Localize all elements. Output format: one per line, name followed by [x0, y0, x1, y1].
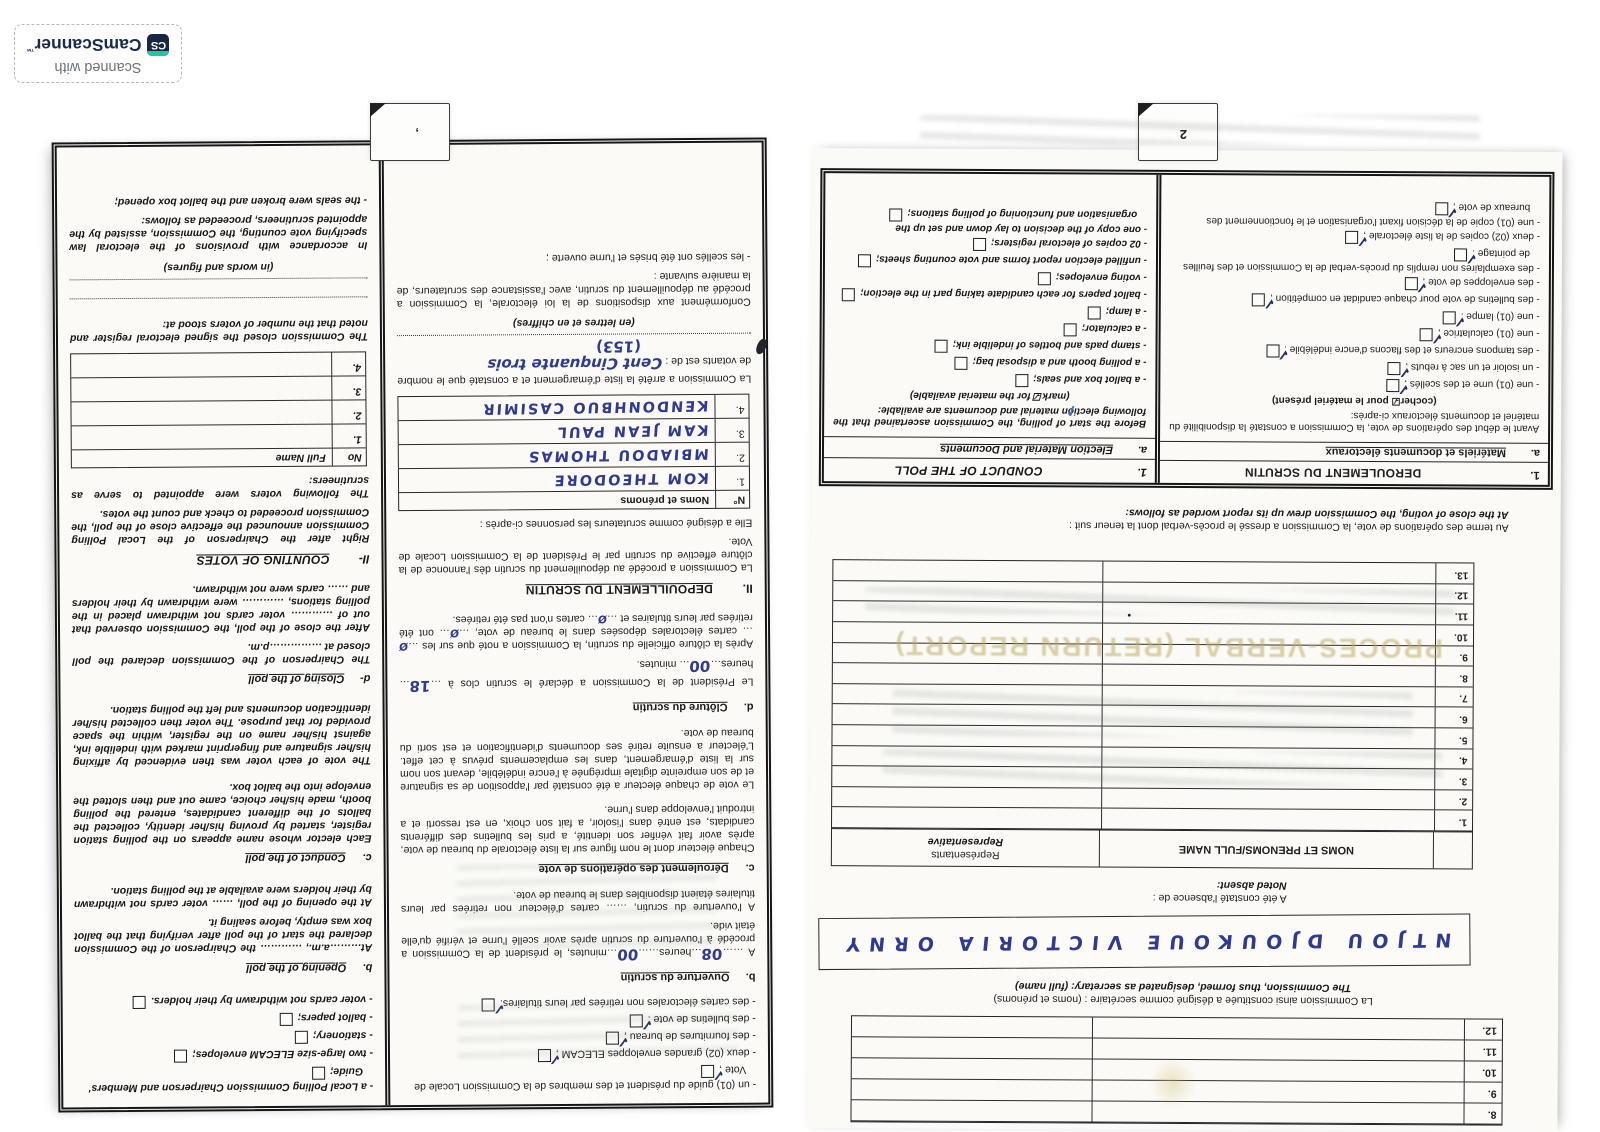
row-number: 4. — [714, 395, 748, 418]
section-header-fr: 1. DEROULEMENT DU SCRUTIN — [1160, 460, 1548, 485]
empty-cell — [852, 1037, 1092, 1058]
mark-instruction-fr: (cocher☑ pour le matériel présent) — [1169, 393, 1539, 407]
scrutineer-name-cell: KOM THEODORE — [399, 467, 715, 492]
material-items-fr: - une (01) urne et des scellés ;✓ - un i… — [1169, 199, 1540, 393]
row-number: 8. — [1435, 667, 1473, 687]
camscanner-badge: Scanned with CS CamScanner™ — [14, 24, 182, 83]
row-number: 2. — [1434, 790, 1472, 810]
empty-name-cell — [71, 352, 331, 377]
checkbox-icon — [174, 1050, 187, 1063]
empty-cell — [851, 1100, 1091, 1121]
checklist-item: - un isoloir et un sac à rebuts ;✓ — [1169, 359, 1539, 376]
subsection-d-en: d- Closing of the poll — [72, 671, 370, 687]
item-label: - voter cards not withdrawn by their hol… — [151, 993, 373, 1007]
scrutineers-header: No Full Name — [72, 447, 366, 467]
section-ii-fr: II. DEPOUILLEMENT DU SCRUTIN — [399, 581, 753, 598]
subsection-title: Matériels et documents électoraux — [1160, 445, 1506, 459]
trademark-symbol: ™ — [27, 44, 35, 53]
rotated-scan-canvas: 8. 9. 10. 11. — [0, 0, 1600, 1131]
item-label: - a Local Polling Commission Chairperson… — [89, 1065, 373, 1094]
section-title: CONDUCT OF THE POLL — [824, 462, 1113, 478]
counting-paragraph1-en: Right after the Chairperson of the Local… — [71, 505, 369, 546]
item-label: - ballot papers; — [297, 1011, 372, 1024]
empty-rep-cell — [832, 808, 1101, 829]
checklist-item: - des enveloppes de vote ;✓ — [1170, 274, 1540, 291]
scrutineer-name-cell: KENDONHBUO CASIMIR — [398, 395, 714, 420]
checkbox-icon: ✓ — [1345, 231, 1358, 244]
secretary-designation: La Commission ainsi constituée a désigné… — [808, 978, 1558, 1008]
table-row: 1. — [832, 808, 1472, 832]
row-number: 10. — [1464, 1061, 1502, 1081]
checklist-item: - ballot papers; — [75, 1010, 373, 1027]
checklist-item: - 02 copies of electoral registers; — [834, 236, 1147, 253]
checkbox-icon: ✓ — [1266, 344, 1279, 357]
empty-cell — [1092, 1060, 1464, 1082]
table-row: 1. KOM THEODORE — [399, 467, 749, 492]
checklist-item: - ballot papers for each candidate takin… — [834, 287, 1147, 304]
checkbox-icon — [858, 255, 871, 268]
row-number: 6. — [1435, 708, 1473, 728]
conduct-paragraph2-en: The vote of each voter was then evidence… — [73, 702, 371, 769]
table-row: 1. — [72, 424, 366, 449]
row-number: 1. — [1434, 811, 1472, 831]
page-fold-icon — [370, 103, 386, 117]
subsection-title: Closing of the poll — [248, 671, 344, 685]
checklist-item: - a lamp; — [834, 304, 1147, 321]
empty-name-cell — [1102, 665, 1435, 686]
item-label: - des bulletins de vote pour chaque cand… — [1270, 292, 1540, 304]
text-segment: A …… — [723, 946, 756, 958]
empty-name-cell — [71, 376, 331, 401]
checklist-item: - unfilled election report forms and vot… — [834, 253, 1147, 270]
scrutineers-table-fr: N° Noms et prénoms 1. KOM THEODORE 2. MB… — [397, 394, 750, 511]
name-column-header: Noms et prénoms — [399, 491, 715, 510]
checkmark-icon: ✓ — [1357, 233, 1359, 250]
section-title: COUNTING OF VOTES — [196, 551, 329, 567]
intro-fr: Avant le début des opérations de vote, l… — [1169, 408, 1539, 434]
empty-rep-cell — [833, 560, 1102, 581]
english-column: 1. CONDUCT OF THE POLL a. Election Mater… — [824, 173, 1157, 483]
row-number: 12. — [1464, 1019, 1502, 1039]
subsection-title: Clôture du scrutin — [633, 699, 728, 713]
brand-text: CamScanner — [35, 36, 142, 56]
checkmark-icon: ✓ — [1416, 279, 1418, 296]
empty-cell — [1091, 1102, 1463, 1124]
checkmark-icon: ✓ — [1277, 347, 1279, 364]
section-title: DEPOUILLEMENT DU SCRUTIN — [526, 581, 713, 597]
handwritten-name: KOM THEODORE — [552, 467, 709, 487]
handwritten-hour: 18 — [409, 677, 431, 696]
conform-paragraph-fr: Conformément aux dispositions de la loi … — [397, 269, 751, 311]
section-header-en: 1. CONDUCT OF THE POLL — [824, 457, 1155, 483]
closing-paragraph2-fr: Après la clôture officielle du scrutin, … — [399, 611, 753, 653]
tally-caption-fr: (en lettres et en chiffres) — [397, 315, 751, 330]
handwritten-name: KENDONHBUO CASIMIR — [481, 395, 709, 417]
opening-paragraph2-en: At the opening of the poll, …… voter car… — [74, 882, 372, 910]
closing-paragraph1-fr: Le Président de la Commission a déclaré … — [399, 656, 753, 696]
row-number: 5. — [1434, 728, 1472, 748]
empty-rep-cell — [832, 787, 1101, 808]
item-label: - voting envelopes; — [1056, 272, 1147, 283]
row-number: 4. — [331, 352, 365, 375]
scrutineers-header: N° Noms et prénoms — [399, 490, 749, 510]
checklist-item: - stamp pads and bottles of indelible in… — [833, 338, 1146, 355]
conduct-paragraph1-en: Each elector whose name appears on the p… — [73, 779, 371, 846]
subsection-letter: b. — [729, 969, 755, 983]
row-number: 7. — [1435, 687, 1473, 707]
checkmark-icon: ✓ — [1431, 330, 1433, 347]
checkmark-icon: ✓ — [1263, 296, 1265, 313]
checklist-item: - a ballot box and seals; — [833, 372, 1146, 389]
checklist-item: - voting envelopes; — [834, 270, 1147, 287]
ink-stamp-bleed — [1150, 1058, 1196, 1108]
scanned-with-label: Scanned with — [54, 59, 141, 75]
number-column-header: No — [332, 448, 366, 465]
item-label: - des exemplaires non remplis du procès-… — [1183, 247, 1540, 273]
checkbox-icon: ✓ — [1443, 311, 1456, 324]
checkmark-icon: ✓ — [1446, 205, 1448, 222]
row-number: 2. — [715, 443, 749, 466]
scanned-page-procès-verbal: 8. 9. 10. 11. — [807, 148, 1562, 1131]
checkbox-icon: ✓ — [1386, 379, 1399, 392]
item-label: - un isoloir et un sac à rebuts ; — [1405, 361, 1539, 373]
checklist-item: - une (01) urne et des scellés ;✓ — [1169, 376, 1539, 393]
item-label: - unfilled election report forms and vot… — [876, 254, 1147, 266]
checklist-item: - une (01) lampe :✓ — [1170, 308, 1540, 325]
checkmark-icon: ✓ — [1465, 251, 1467, 268]
checklist-item: - une (01) calculatrice ;✓ — [1170, 325, 1540, 342]
bleed-through-smudge — [882, 749, 1442, 786]
checklist-item: - des exemplaires non remplis du procès-… — [1170, 245, 1540, 274]
empty-cell — [852, 1058, 1092, 1079]
row-number: 11. — [1464, 1040, 1502, 1060]
table-row: 3. — [71, 376, 365, 402]
subsection-title: Opening of the poll — [246, 960, 346, 974]
item-label: - one copy of the decision to lay down a… — [895, 208, 1147, 235]
text-segment: Après la clôture officielle du scrutin, … — [408, 638, 753, 652]
subsection-title: Election Material and Documents — [824, 441, 1113, 456]
closing-paragraph1-en: The Chairperson of the Commission declar… — [72, 639, 370, 667]
french-column: - un (01) guide du président et des memb… — [379, 143, 769, 1106]
scanned-page-poll-narrative: - un (01) guide du président et des memb… — [52, 138, 774, 1113]
handwritten-name: KAM JEAN PAUL — [555, 419, 709, 439]
section-number: II- — [329, 551, 369, 566]
material-items-en: - a ballot box and seals; - a polling bo… — [833, 207, 1147, 389]
checkbox-icon: ✓ — [1252, 293, 1265, 306]
subsection-letter: b. — [346, 960, 372, 974]
camscanner-brand-row: CS CamScanner™ — [27, 34, 170, 56]
empty-rep-cell — [833, 663, 1102, 684]
dotted-blank-line — [70, 277, 368, 293]
checkbox-icon — [1015, 375, 1028, 388]
subsection-d-fr: d. Clôture du scrutin — [400, 699, 754, 715]
opening-material-list-en: - a Local Polling Commission Chairperson… — [75, 989, 374, 1097]
checkmark-icon: ✓ — [1397, 381, 1399, 398]
rep-header-fr: Représentants — [931, 848, 999, 860]
item-label: - deux (02) copies de la liste électoral… — [1363, 230, 1540, 242]
scrutineers-table-en: No Full Name 1. 2. — [70, 351, 367, 468]
checkmark-icon: ✓ — [1454, 314, 1456, 331]
members-table: NOMS ET PRENOMS/FULL NAME Représentants … — [831, 559, 1475, 869]
item-label: - a lamp; — [1106, 306, 1147, 317]
subsection-b-en: b. Opening of the poll — [74, 960, 372, 976]
checkbox-icon — [973, 238, 986, 251]
dotted-blank-line: (153) — [397, 333, 751, 349]
row-number: 1. — [715, 467, 749, 490]
handwritten-minute: 00 — [689, 656, 711, 675]
bleed-through-smudge — [892, 689, 1412, 738]
checklist-item: - des tampons encreurs et des flacons d'… — [1169, 342, 1539, 359]
item-label: - une (01) lampe : — [1461, 310, 1540, 321]
checkbox-icon — [295, 1031, 308, 1044]
rep-header-en: Representative — [928, 835, 1003, 848]
checkbox-icon — [935, 340, 948, 353]
item-label: - a calculator; — [1082, 323, 1147, 334]
row-number: 8. — [1463, 1103, 1501, 1123]
checklist-item: - une (01) copie de la décision fixant l… — [1170, 199, 1540, 228]
conform-paragraph-en: In accordance with provisions of the ele… — [69, 212, 367, 253]
camscanner-brand: CamScanner™ — [27, 35, 142, 56]
subsection-title: Ouverture du scrutin — [621, 969, 730, 983]
table-row: 4. — [71, 352, 365, 378]
checkbox-icon: ✓ — [701, 1065, 714, 1078]
tally-paragraph-en: The Commission closed the signed elector… — [70, 316, 368, 344]
counting-paragraph1-fr: La Commission a procédé au dépouillement… — [398, 535, 752, 577]
row-number: 3. — [715, 419, 749, 442]
conduct-of-poll-table: 1. DEROULEMENT DU SCRUTIN a. Matériels e… — [819, 168, 1555, 490]
counting-paragraph2-fr: Elle a désigné comme scrutateurs les per… — [398, 516, 752, 531]
page-corner-marker-b: ‚ — [370, 103, 450, 161]
item-label: - une (01) copie de la décision fixant l… — [1206, 201, 1540, 227]
checklist-item: - des bulletins de vote pour chaque cand… — [1170, 291, 1540, 308]
checklist-item: - two large-size ELECAM envelopes; — [75, 1046, 373, 1063]
checklist-item: - a calculator; — [834, 321, 1147, 338]
checklist-item: - a polling booth and a disposal bag; — [833, 355, 1146, 372]
empty-name-cell — [1101, 788, 1434, 809]
absence-note: A été constaté l'absence de : Noted abse… — [1153, 878, 1287, 905]
checkbox-icon — [279, 1013, 292, 1026]
scrutineer-name-cell: KAM JEAN PAUL — [399, 419, 715, 444]
checkbox-icon — [1088, 307, 1101, 320]
checklist-item: - voter cards not withdrawn by their hol… — [75, 992, 373, 1009]
row-number: 2. — [331, 400, 365, 423]
camscanner-logo-icon: CS — [148, 34, 170, 56]
handwritten-count: Ø — [399, 639, 409, 652]
page-number-glyph: ‚ — [415, 127, 419, 142]
subsection-title: Conduct of the poll — [245, 850, 345, 864]
item-label: - 02 copies of electoral registers; — [991, 237, 1147, 249]
full-name-header: NOMS ET PRENOMS/FULL NAME — [1099, 831, 1433, 869]
scrutineer-rows: 1. 2. 3. — [71, 352, 366, 449]
checkbox-icon: ✓ — [1387, 362, 1400, 375]
conduct-paragraph1-fr: Chaque électeur dont le nom figure sur l… — [400, 802, 754, 857]
conduct-paragraph2-fr: Le vote de chaque électeur a été constat… — [400, 725, 754, 793]
opening-paragraph-en: At………a.m., ………… the Chairperson of the C… — [74, 915, 372, 956]
checklist-item: - un (01) guide du président et des memb… — [402, 1063, 756, 1094]
material-checklist-fr: Avant le début des opérations de vote, l… — [1160, 175, 1549, 443]
checkbox-icon — [312, 1067, 325, 1080]
intro-en: Before the start of polling, the Commiss… — [833, 404, 1146, 430]
absence-line-en: Noted absent: — [1153, 878, 1287, 892]
item-label: - a ballot box and seals; — [1033, 374, 1146, 386]
text-segment: … minutes. — [637, 658, 690, 670]
dotted-blank-line — [70, 296, 368, 312]
conform-item-en: - the seals were broken and the ballot b… — [69, 193, 367, 208]
subsection-letter: d. — [728, 699, 754, 713]
ghost-title-bleed: PROCES-VERBAL (RETURN REPORT) — [893, 629, 1443, 663]
closing-paragraph2-en: After the close of the poll, the Commiss… — [72, 581, 370, 635]
name-column-header: Full Name — [72, 448, 332, 467]
handwritten-name: MBIADOU THOMAS — [526, 443, 709, 464]
text-segment: … cartes électorales déposées dans le bu… — [459, 625, 753, 639]
table-row: 2. MBIADOU THOMAS — [399, 443, 749, 469]
number-column-header — [1433, 832, 1472, 868]
empty-name-cell — [1101, 809, 1434, 830]
handwritten-count: Ø — [598, 612, 608, 625]
checkbox-icon: ✓ — [1405, 277, 1418, 290]
empty-name-cell — [1102, 562, 1435, 583]
mark-instruction-en: (mark☑ for the material available) — [833, 389, 1146, 403]
bleed-through-smudge — [920, 115, 1480, 145]
scrutineer-rows: 1. KOM THEODORE 2. MBIADOU THOMAS 3. KAM… — [398, 395, 749, 492]
empty-name-cell — [72, 424, 332, 449]
section-number: II. — [713, 581, 753, 596]
checkbox-icon — [842, 289, 855, 302]
secretary-name-box: NTJOU DJOUKOUE VICTORIA ORNY — [818, 914, 1470, 971]
table-row: 2. — [71, 400, 365, 426]
tally-paragraph-fr: La Commission a arrêté la liste d'émarge… — [397, 353, 751, 387]
checkbox-icon: ✓ — [1420, 328, 1433, 341]
checkmark-icon: ✓ — [712, 1067, 714, 1084]
subsection-letter: a. — [1113, 442, 1155, 456]
handwritten-count: Ø — [450, 626, 460, 639]
checkbox-icon — [889, 209, 902, 222]
checkbox-icon: ✓ — [1454, 248, 1467, 261]
text-segment: … cartes n'ont pas été retirées. — [453, 613, 599, 626]
subsection-c-en: c. Conduct of the poll — [74, 850, 372, 866]
checklist-item: - one copy of the decision to lay down a… — [834, 207, 1147, 236]
empty-name-cell — [71, 400, 331, 425]
closing-statement: Au terme des opérations de vote, la Comm… — [849, 504, 1509, 533]
checklist-item: - stationery; — [75, 1028, 373, 1045]
material-checklist-en: Before the start of polling, the Commiss… — [824, 173, 1156, 438]
checkbox-icon: ✓ — [1435, 202, 1448, 215]
subsection-b-fr: b. Ouverture du scrutin — [401, 969, 755, 985]
item-label: - stationery; — [313, 1029, 373, 1041]
number-column-header: N° — [715, 491, 749, 508]
item-label: - une (01) urne et des scellés ; — [1404, 378, 1539, 390]
checkbox-icon — [955, 357, 968, 370]
table-row: 3. KAM JEAN PAUL — [399, 419, 749, 445]
subsection-letter: a. — [1506, 447, 1548, 459]
empty-cell — [852, 1016, 1092, 1037]
counting-paragraph2-en: The following voters were appointed to s… — [71, 473, 369, 501]
item-label: - ballot papers for each candidate takin… — [860, 288, 1147, 301]
empty-cell — [852, 1079, 1092, 1100]
row-number: 3. — [331, 376, 365, 399]
bleed-through-smudge — [865, 587, 1455, 616]
section-number: 1. — [1113, 464, 1155, 479]
checklist-item: - deux (02) copies de la liste électoral… — [1170, 228, 1540, 245]
french-column: 1. DEROULEMENT DU SCRUTIN a. Matériels e… — [1155, 175, 1550, 485]
english-column: - a Local Polling Commission Chairperson… — [57, 145, 386, 1107]
empty-cell — [1092, 1018, 1464, 1040]
stray-dot: • — [1127, 608, 1131, 621]
text-segment: Le Président de la Commission a déclaré … — [431, 676, 754, 690]
scrutineer-name-cell: MBIADOU THOMAS — [399, 443, 715, 468]
subsection-header-fr: a. Matériels et documents électoraux — [1160, 441, 1548, 462]
subsection-letter: d- — [344, 671, 370, 685]
checkbox-icon — [1038, 273, 1051, 286]
checkbox-icon — [133, 996, 146, 1009]
section-title: DEROULEMENT DU SCRUTIN — [1160, 465, 1506, 481]
row-number: 13. — [1435, 564, 1473, 584]
item-label: - stamp pads and bottles of indelible in… — [953, 339, 1147, 351]
handwritten-secretary-name: NTJOU DJOUKOUE VICTORIA ORNY — [836, 929, 1452, 955]
section-number: 1. — [1506, 467, 1548, 481]
representative-header: Représentants Representative — [832, 829, 1099, 866]
handwritten-count-words: Cent Cinquante trois — [487, 354, 663, 374]
table-row: 4. KENDONHBUO CASIMIR — [398, 395, 748, 421]
tally-caption-en: (in words and figures) — [69, 259, 367, 274]
handwritten-count-figures: (153) — [595, 337, 641, 356]
subsection-header-en: a. Election Material and Documents — [824, 437, 1155, 459]
item-label: - des enveloppes de vote ; — [1423, 276, 1540, 288]
subsection-letter: c. — [729, 860, 755, 874]
checkbox-icon — [1064, 324, 1077, 337]
empty-cell — [1092, 1039, 1464, 1061]
absence-line-fr: A été constaté l'absence de : — [1153, 891, 1287, 905]
item-label: - two large-size ELECAM envelopes; — [192, 1047, 373, 1060]
item-label: - des tampons encreurs et des flacons d'… — [1284, 344, 1539, 356]
row-number: 1. — [332, 424, 366, 447]
conform-item-fr: - les scellés ont été brisés et l'urne o… — [396, 250, 750, 265]
checklist-item: - a Local Polling Commission Chairperson… — [75, 1064, 373, 1094]
item-label: - a polling booth and a disposal bag; — [973, 356, 1147, 368]
members-table-header: NOMS ET PRENOMS/FULL NAME Représentants … — [832, 828, 1472, 868]
row-number: 9. — [1464, 1082, 1502, 1102]
checkmark-icon: ✓ — [1399, 364, 1401, 381]
section-ii-en: II- COUNTING OF VOTES — [71, 551, 369, 568]
empty-cell — [1092, 1081, 1464, 1103]
subsection-letter: c. — [346, 850, 372, 864]
